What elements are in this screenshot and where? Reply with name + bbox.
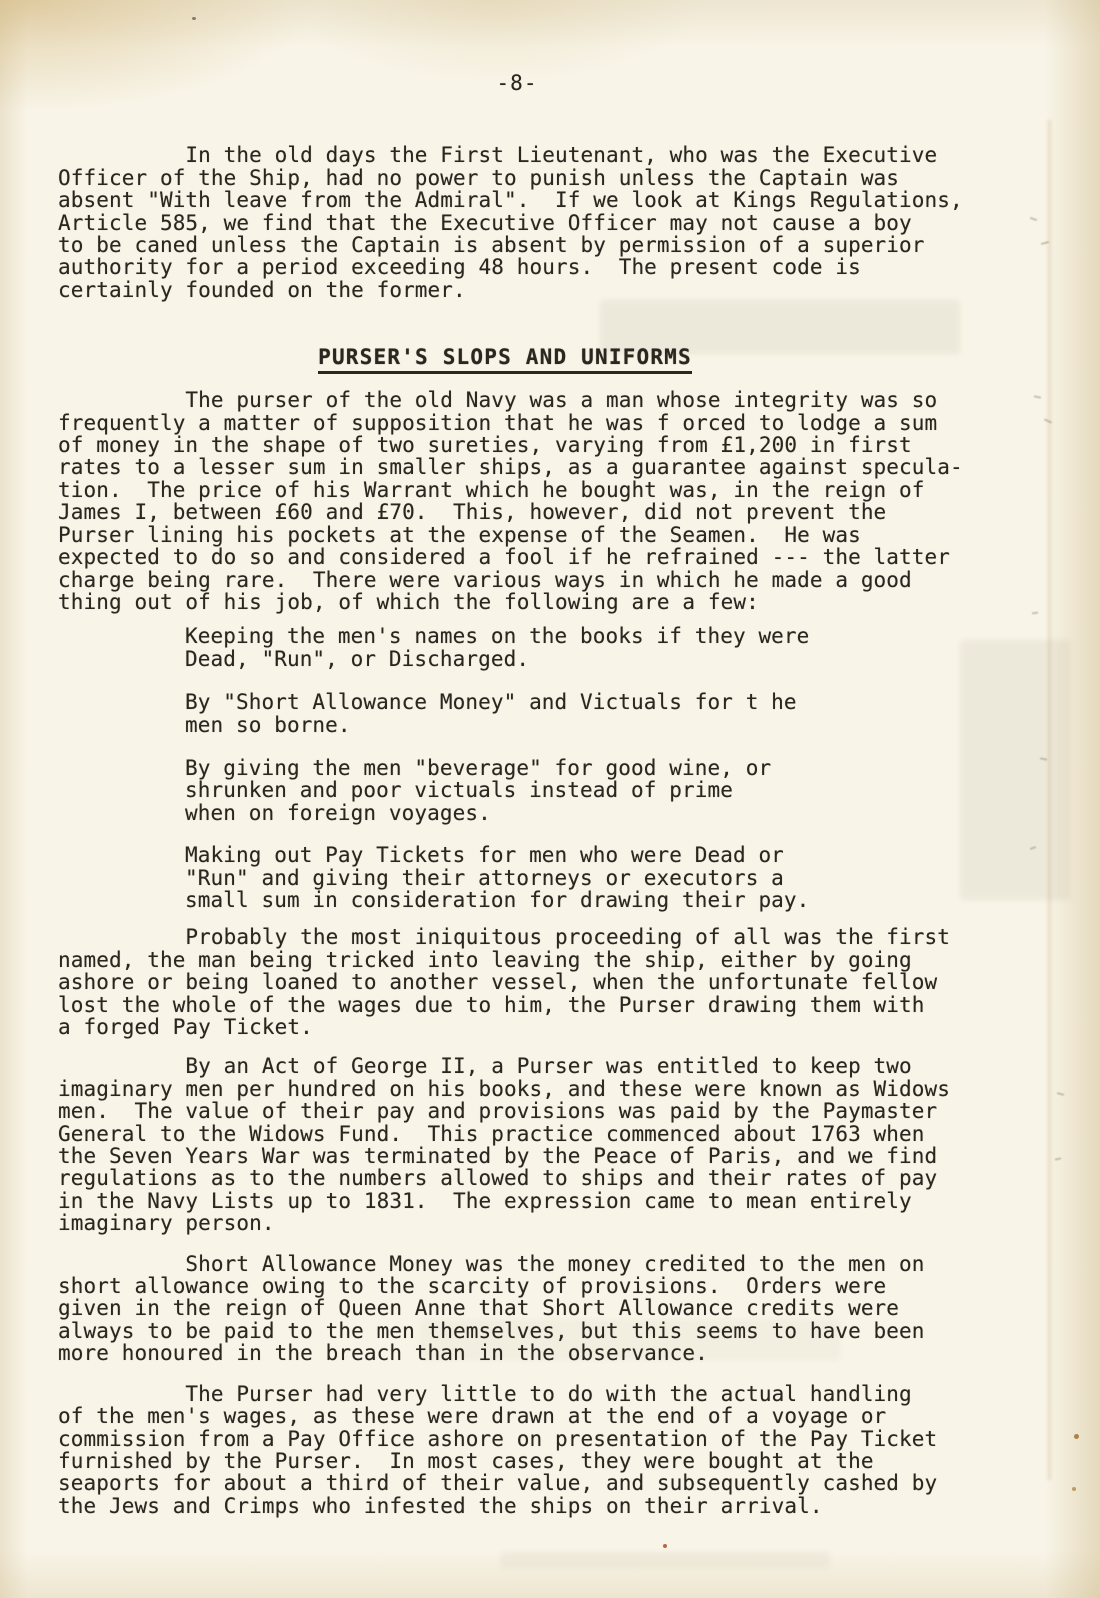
paper-speck	[1074, 1434, 1079, 1439]
bleed-through-smudge	[500, 1552, 830, 1568]
paper-speck	[663, 1544, 667, 1548]
list-item-keeping-names: Keeping the men's names on the books if …	[185, 625, 976, 670]
section-heading: PURSER'S SLOPS AND UNIFORMS	[318, 345, 692, 374]
bleed-through-smudge	[960, 640, 1070, 900]
pencil-mark	[1034, 395, 1041, 398]
paragraph-iniquitous: Probably the most iniquitous proceeding …	[58, 926, 976, 1038]
pencil-mark	[1030, 217, 1037, 221]
paragraph-old-days: In the old days the First Lieutenant, wh…	[58, 144, 976, 301]
paper-speck	[1072, 1487, 1076, 1491]
paragraph-widows-men: By an Act of George II, a Purser was ent…	[58, 1055, 976, 1234]
section-heading-wrap: PURSER'S SLOPS AND UNIFORMS	[58, 345, 976, 374]
typewritten-document-page: -8- In the old days the First Lieutenant…	[0, 0, 1100, 1598]
pencil-mark	[1032, 612, 1038, 615]
page-number: -8-	[58, 0, 976, 94]
paragraph-purser-integrity: The purser of the old Navy was a man who…	[58, 389, 976, 613]
typed-text-column: -8- In the old days the First Lieutenant…	[58, 0, 976, 1517]
pencil-mark	[1055, 1157, 1061, 1160]
paragraph-purser-wages: The Purser had very little to do with th…	[58, 1383, 976, 1517]
list-item-pay-tickets: Making out Pay Tickets for men who were …	[185, 844, 976, 911]
list-item-short-allowance-victuals: By "Short Allowance Money" and Victuals …	[185, 691, 976, 736]
paragraph-short-allowance-money: Short Allowance Money was the money cred…	[58, 1253, 976, 1365]
list-item-beverage: By giving the men "beverage" for good wi…	[185, 757, 976, 824]
pencil-mark	[1057, 1092, 1064, 1096]
